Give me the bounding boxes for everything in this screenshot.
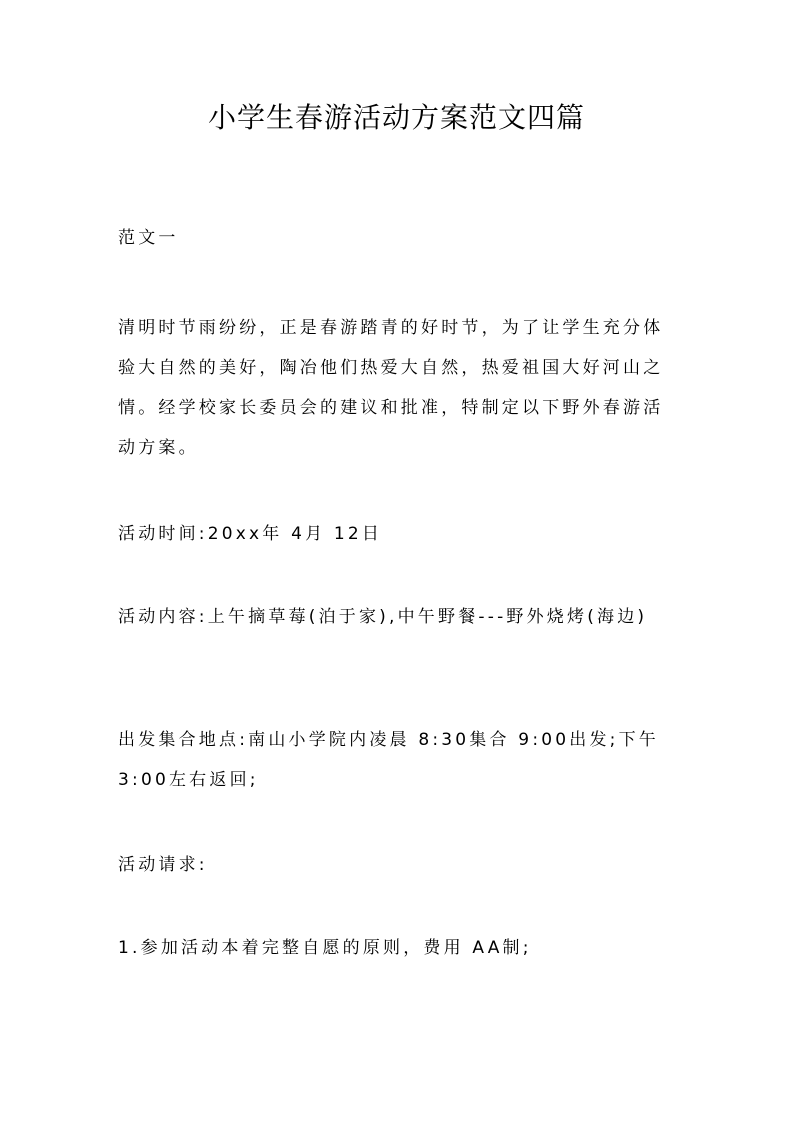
paragraph-requirements-heading: 活动请求: bbox=[118, 845, 678, 885]
paragraph-activity-content: 活动内容:上午摘草莓(泊于家),中午野餐---野外烧烤(海边) bbox=[118, 597, 678, 637]
paragraph-activity-time: 活动时间:20xx年 4月 12日 bbox=[118, 514, 678, 554]
section-heading: 范文一 bbox=[118, 218, 678, 258]
document-title: 小学生春游活动方案范文四篇 bbox=[0, 98, 793, 138]
paragraph-intro: 清明时节雨纷纷，正是春游踏青的好时节，为了让学生充分体验大自然的美好，陶冶他们热… bbox=[118, 308, 678, 468]
document-page: 小学生春游活动方案范文四篇 范文一 清明时节雨纷纷，正是春游踏青的好时节，为了让… bbox=[0, 0, 793, 1122]
paragraph-meeting-place: 出发集合地点:南山小学院内凌晨 8:30集合 9:00出发;下午3:00左右返回… bbox=[118, 720, 678, 800]
paragraph-requirement-1: 1.参加活动本着完整自愿的原则，费用 AA制; bbox=[118, 928, 678, 968]
